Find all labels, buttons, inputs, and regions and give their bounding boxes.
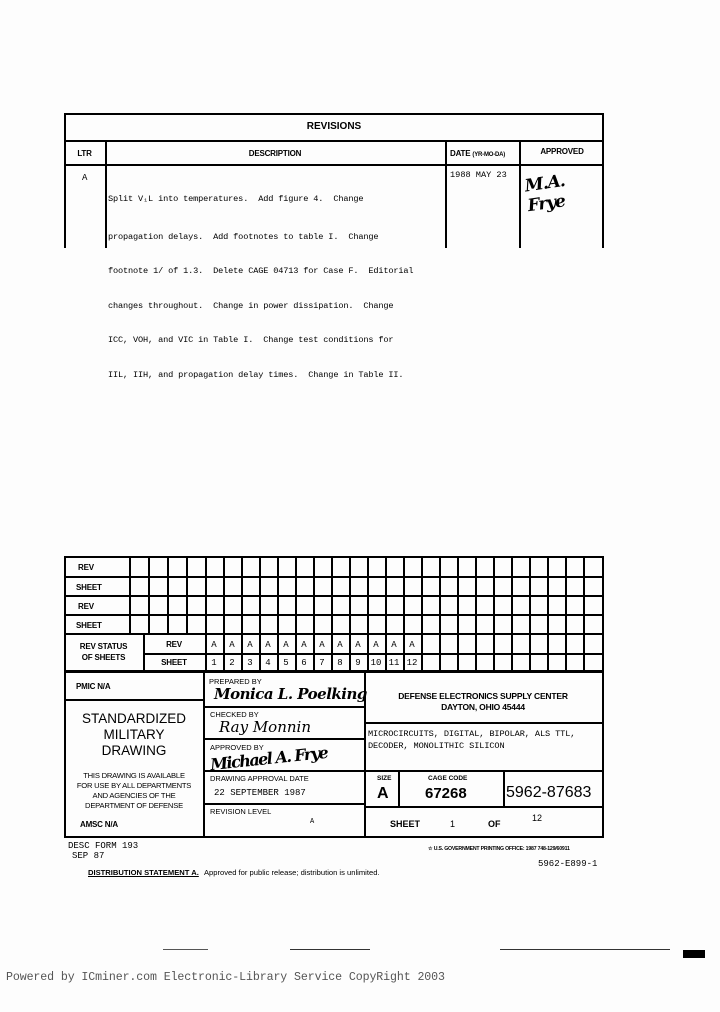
agency-name: DEFENSE ELECTRONICS SUPPLY CENTER DAYTON… — [364, 691, 602, 713]
scan-line — [500, 949, 670, 950]
sheet-rev-cell: A — [205, 640, 223, 650]
grid-row-label-sheet: SHEET — [76, 621, 102, 630]
size-value: A — [377, 785, 389, 803]
form-number-line1: DESC FORM 193 — [68, 841, 138, 851]
availability-line: THIS DRAWING IS AVAILABLE — [64, 771, 204, 781]
scan-line — [290, 949, 370, 950]
revision-level-value: A — [310, 818, 314, 826]
agency-line2: DAYTON, OHIO 45444 — [364, 702, 602, 713]
drawing-title-line2: DECODER, MONOLITHIC SILICON — [368, 740, 602, 752]
drawing-title-line1: MICROCIRCUITS, DIGITAL, BIPOLAR, ALS TTL… — [368, 728, 602, 740]
sheet-number-cell: 10 — [367, 658, 385, 668]
sheet-number-cell: 8 — [331, 658, 349, 668]
description-line: IIL, IIH, and propagation delay times. C… — [108, 370, 444, 382]
sheet-number-cell: 5 — [277, 658, 295, 668]
title-block: PMIC N/A STANDARDIZED MILITARY DRAWING T… — [64, 671, 604, 838]
description-line: changes throughout. Change in power diss… — [108, 301, 444, 313]
approval-date-label: DRAWING APPROVAL DATE — [210, 774, 309, 783]
checked-by-signature: Ray Monnin — [219, 718, 311, 736]
availability-line: FOR USE BY ALL DEPARTMENTS — [64, 781, 204, 791]
sheet-value: 1 — [450, 819, 455, 829]
status-rev-label: REV — [143, 640, 205, 649]
distribution-label: DISTRIBUTION STATEMENT A. — [88, 868, 199, 877]
distribution-statement: DISTRIBUTION STATEMENT A. Approved for p… — [88, 868, 380, 877]
scan-line — [163, 949, 208, 950]
approval-date-value: 22 SEPTEMBER 1987 — [214, 788, 306, 798]
sheet-number-cell: 3 — [241, 658, 259, 668]
form-number-line2: SEP 87 — [68, 851, 138, 861]
revision-date: 1988 MAY 23 — [450, 170, 507, 180]
smd-title-line2: MILITARY — [64, 727, 204, 743]
availability-line: AND AGENCIES OF THE — [64, 791, 204, 801]
gpo-imprint: ☆ U.S. GOVERNMENT PRINTING OFFICE: 1987 … — [428, 846, 570, 852]
total-sheets-value: 12 — [532, 813, 542, 823]
status-sheet-label: SHEET — [143, 658, 205, 667]
watermark: Powered by ICminer.com Electronic-Librar… — [6, 971, 445, 984]
size-label: SIZE — [377, 775, 391, 782]
drawing-number: 5962-87683 — [506, 784, 591, 802]
col-date-header: DATE (YR-MO-DA) — [450, 149, 520, 158]
col-ltr-header: LTR — [64, 149, 105, 158]
sheet-number-cell: 6 — [295, 658, 313, 668]
sheet-number-cell: 11 — [385, 658, 403, 668]
date-header-format: (YR-MO-DA) — [472, 152, 505, 158]
sheet-number-cell: 1 — [205, 658, 223, 668]
availability-notice: THIS DRAWING IS AVAILABLE FOR USE BY ALL… — [64, 771, 204, 811]
sheet-rev-cell: A — [403, 640, 421, 650]
sheet-rev-cell: A — [385, 640, 403, 650]
sheet-number-cell: 4 — [259, 658, 277, 668]
drawing-title: MICROCIRCUITS, DIGITAL, BIPOLAR, ALS TTL… — [368, 728, 602, 752]
revisions-title: REVISIONS — [64, 121, 604, 132]
availability-line: DEPARTMENT OF DEFENSE — [64, 801, 204, 811]
sheet-rev-cell: A — [241, 640, 259, 650]
revision-level-label: REVISION LEVEL — [210, 807, 271, 816]
date-header-label: DATE — [450, 149, 470, 158]
distribution-text: Approved for public release; distributio… — [204, 868, 380, 877]
of-label: OF — [488, 819, 501, 829]
grid-row-label-rev: REV — [78, 602, 94, 611]
prepared-by-signature: Monica L. Poelking — [214, 685, 367, 703]
sheet-rev-cell: A — [367, 640, 385, 650]
description-line: footnote 1/ of 1.3. Delete CAGE 04713 fo… — [108, 266, 444, 278]
sheet-rev-cell: A — [223, 640, 241, 650]
col-description-header: DESCRIPTION — [105, 149, 445, 158]
revision-description: Split V₁L into temperatures. Add figure … — [108, 171, 444, 404]
sheet-number-cell: 7 — [313, 658, 331, 668]
revision-ltr: A — [82, 173, 87, 183]
sheet-number-cell: 2 — [223, 658, 241, 668]
sheet-rev-cell: A — [277, 640, 295, 650]
pmic-label: PMIC N/A — [76, 682, 110, 691]
rev-status-label-line2: OF SHEETS — [64, 652, 143, 663]
grid-row-label-rev: REV — [78, 563, 94, 572]
description-line: propagation delays. Add footnotes to tab… — [108, 232, 444, 244]
sheet-rev-cell: A — [349, 640, 367, 650]
sheet-rev-cell: A — [313, 640, 331, 650]
description-line: ICC, VOH, and VIC in Table I. Change tes… — [108, 335, 444, 347]
scan-mark — [683, 950, 705, 958]
sheet-number-cell: 12 — [403, 658, 421, 668]
description-line: Split V₁L into temperatures. Add figure … — [108, 194, 444, 206]
rev-status-grid: REV SHEET REV SHEET REV STATUS OF SHEETS… — [64, 556, 604, 672]
cage-code-label: CAGE CODE — [428, 775, 467, 782]
sheet-rev-cell: A — [295, 640, 313, 650]
revision-approval-signature: M.A. Frye — [524, 166, 607, 216]
grid-row-label-sheet: SHEET — [76, 583, 102, 592]
form-number: DESC FORM 193 SEP 87 — [68, 841, 138, 861]
document-code: 5962-E899-1 — [538, 859, 597, 869]
amsc-label: AMSC N/A — [80, 820, 118, 829]
sheet-rev-cell: A — [331, 640, 349, 650]
col-approved-header: APPROVED — [521, 147, 603, 156]
smd-title: STANDARDIZED MILITARY DRAWING — [64, 711, 204, 759]
smd-title-line1: STANDARDIZED — [64, 711, 204, 727]
rev-status-label: REV STATUS OF SHEETS — [64, 641, 143, 663]
sheet-rev-cell: A — [259, 640, 277, 650]
revisions-table: REVISIONS LTR DESCRIPTION DATE (YR-MO-DA… — [64, 113, 604, 248]
smd-title-line3: DRAWING — [64, 743, 204, 759]
cage-code-value: 67268 — [425, 785, 467, 802]
rev-status-label-line1: REV STATUS — [64, 641, 143, 652]
sheet-label: SHEET — [390, 819, 420, 829]
agency-line1: DEFENSE ELECTRONICS SUPPLY CENTER — [364, 691, 602, 702]
sheet-number-cell: 9 — [349, 658, 367, 668]
